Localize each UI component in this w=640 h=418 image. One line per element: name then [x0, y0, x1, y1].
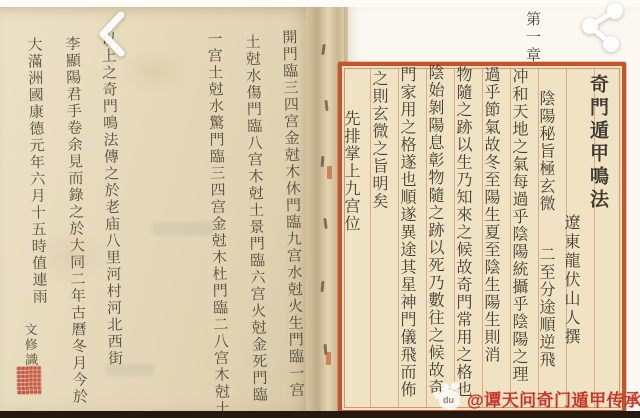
creator-watermark: du @谭天问奇门遁甲传承 [434, 383, 640, 413]
body-column: 過乎節氣故冬至陽生夏至陰生陽生則消 [482, 66, 498, 364]
binding-stitch [323, 218, 327, 229]
binding-stitch [321, 44, 326, 55]
paw-logo-label: du [443, 395, 454, 405]
watermark-text: @谭天问奇门遁甲传承 [467, 386, 640, 411]
binding-red-mark [326, 352, 331, 365]
top-app-strip [0, 0, 640, 7]
manuscript-left-page: 開門臨三四宫金尅木休門臨九宫水尅火生門臨一宫 土尅水傷門臨八宫木尅土景門臨六宫火… [0, 6, 314, 411]
body-column: 之則玄微之旨明矣 [370, 70, 386, 210]
body-column: 冲和天地之氣每過乎陰陽統攝乎陰陽之理 [510, 68, 526, 383]
colophon-column: 以上之奇門鳴法傳之於老庙八里河村河北西街 [99, 31, 121, 367]
body-column: 陰始剝陽息彰物隨之跡以死乃數往之候故奇 [426, 64, 442, 397]
binding-red-mark [327, 166, 332, 179]
binding-stitch [320, 281, 324, 292]
back-chevron-icon[interactable] [92, 8, 136, 60]
manuscript-author: 遼東龍伏山人撰 [562, 214, 578, 347]
gate-column: 開門臨三四宫金尅木休門臨九宫水尅火生門臨一宫 [280, 29, 303, 399]
body-column: 門家用之格遂也順遂異途其星神門儀飛而佈 [398, 66, 414, 399]
paw-logo-icon: du [434, 383, 464, 413]
binding-stitch [324, 100, 328, 111]
colophon-column: 大滿洲國康德元年六月十五時值連雨 [25, 36, 46, 305]
colophon-column: 李顯陽君手卷余見而錄之於大同二年古曆冬月今於 [63, 36, 86, 406]
left-page-text-layer: 開門臨三四宫金尅木休門臨九宫水尅火生門臨一宫 土尅水傷門臨八宫木尅土景門臨六宫火… [0, 3, 318, 414]
gate-column: 一宫土尅水驚門臨三四宫金尅木杜門臨二八宫木尅土 [205, 31, 228, 418]
photo-viewer-screen: 開門臨三四宫金尅木休門臨九宫水尅火生門臨一宫 土尅水傷門臨八宫木尅土景門臨六宫火… [0, 0, 640, 418]
author-seal-stamp [16, 365, 42, 395]
binding-stitch [321, 156, 325, 167]
verse-upper: 陰陽秘旨極玄微 [537, 90, 553, 213]
manuscript-title: 奇門遁甲鳴法 [588, 74, 607, 212]
gate-column: 土尅水傷門臨八宫木尅土景門臨六宫火尅金死門臨 [243, 34, 266, 404]
chapter-label: 第一章 [524, 11, 539, 65]
body-column: 先排掌上九宫位 [342, 110, 358, 233]
body-column: 物隨之跡以生乃知來之候故奇門常用之格也 [454, 66, 470, 399]
verse-lower: 二至分途順逆飛 [537, 246, 553, 369]
signature: 文修識 [23, 323, 37, 368]
share-icon[interactable] [578, 0, 632, 56]
